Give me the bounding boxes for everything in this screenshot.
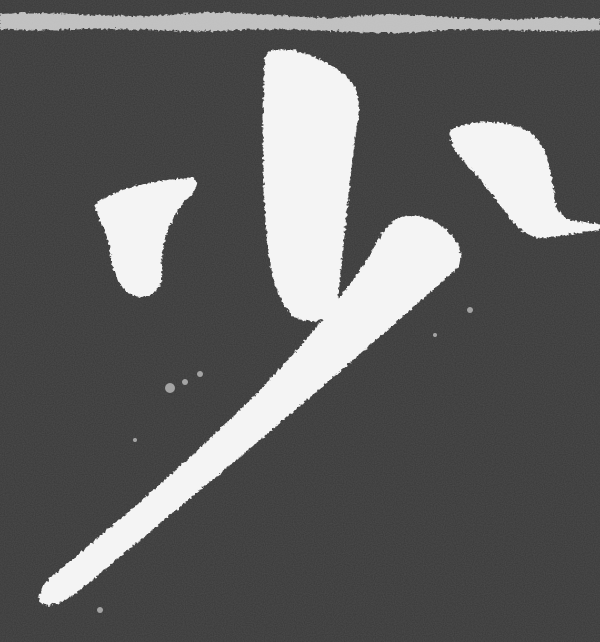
stele-rubbing-image (0, 0, 600, 642)
